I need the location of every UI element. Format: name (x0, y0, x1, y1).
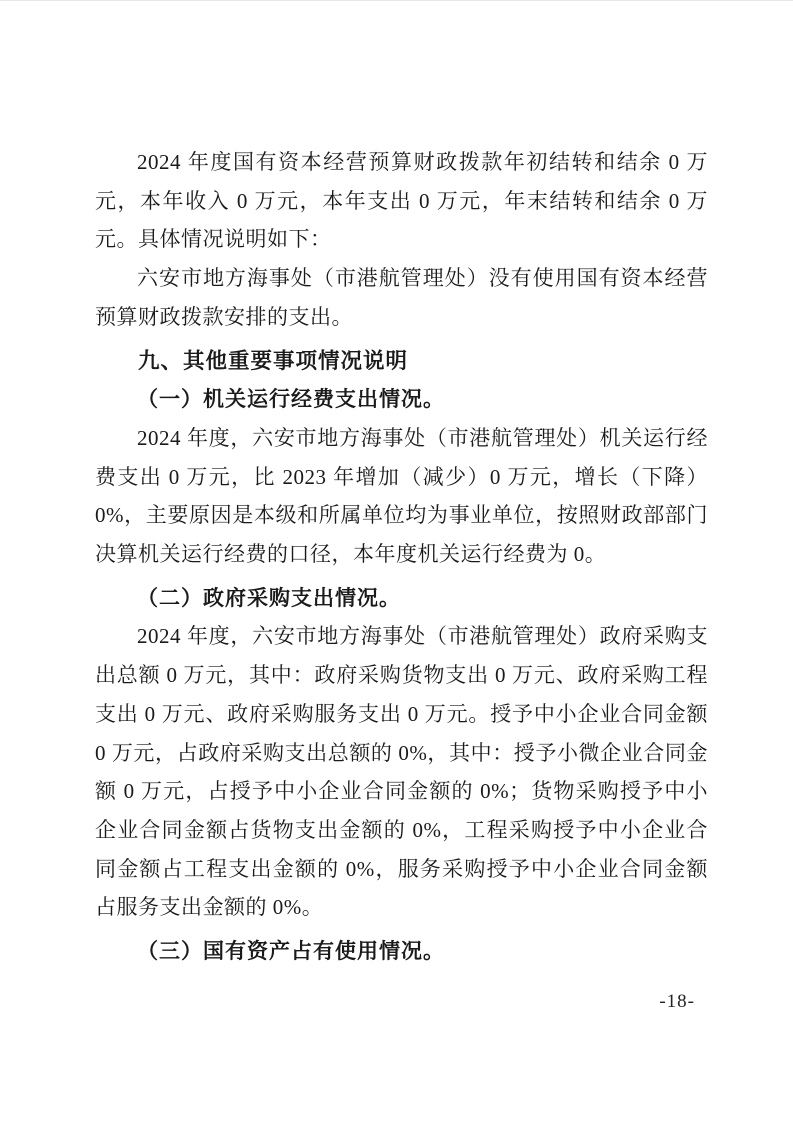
subsection-heading-operating-expenses: （一）机关运行经费支出情况。 (95, 380, 708, 419)
section-heading-other-important-matters: 九、其他重要事项情况说明 (95, 342, 708, 381)
subsection-heading-government-procurement: （二）政府采购支出情况。 (95, 579, 708, 618)
body-paragraph-no-state-capital-expenditure: 六安市地方海事处（市港航管理处）没有使用国有资本经营预算财政拨款安排的支出。 (95, 259, 708, 336)
document-page: 2024 年度国有资本经营预算财政拨款年初结转和结余 0 万元，本年收入 0 万… (0, 0, 793, 1122)
body-paragraph-operating-expenses-detail: 2024 年度，六安市地方海事处（市港航管理处）机关运行经费支出 0 万元，比 … (95, 419, 708, 574)
page-number: -18- (659, 991, 695, 1013)
body-paragraph-government-procurement-detail: 2024 年度，六安市地方海事处（市港航管理处）政府采购支出总额 0 万元，其中… (95, 617, 708, 927)
body-paragraph-state-capital-budget: 2024 年度国有资本经营预算财政拨款年初结转和结余 0 万元，本年收入 0 万… (95, 143, 708, 259)
subsection-heading-state-assets-usage: （三）国有资产占有使用情况。 (95, 932, 708, 971)
document-content: 2024 年度国有资本经营预算财政拨款年初结转和结余 0 万元，本年收入 0 万… (95, 143, 708, 971)
